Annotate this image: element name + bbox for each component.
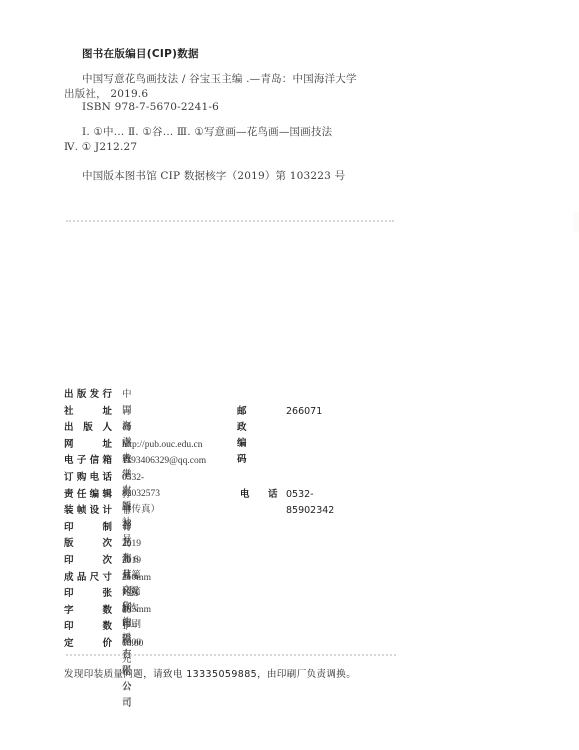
info-label-char: 社 xyxy=(64,404,74,420)
info-label: 装帧设计 xyxy=(64,503,112,519)
info-label-char: 任 xyxy=(77,487,87,503)
info-label: 网址 xyxy=(64,437,112,453)
info-label-char: 出 xyxy=(64,420,74,436)
info-label: 印次 xyxy=(64,553,112,569)
info-label-char: 次 xyxy=(102,536,112,552)
info-label: 社址 xyxy=(64,404,112,420)
info-label-char: 址 xyxy=(102,404,112,420)
info-label-char: 行 xyxy=(102,387,112,403)
info-label: 出版人 xyxy=(64,420,112,436)
info-label: 印数 xyxy=(64,619,112,635)
info-label-char: 箱 xyxy=(102,453,112,469)
info-value: 1193406329@qq.com xyxy=(122,453,206,469)
info-label-char: 址 xyxy=(102,437,112,453)
info-label-char: 印 xyxy=(64,586,74,602)
info-label-char: 发 xyxy=(90,387,100,403)
info-label-char: 信 xyxy=(90,453,100,469)
info-label: 字数 xyxy=(64,603,112,619)
cip-classification-line2: Ⅳ. ① J212.27 xyxy=(64,141,137,153)
cip-record-number: 中国版本图书馆 CIP 数据核字（2019）第 103223 号 xyxy=(82,168,345,183)
info-label-char: 网 xyxy=(64,437,74,453)
quality-notice: 发现印装质量问题，请致电 13335059885，由印刷厂负责调换。 xyxy=(64,666,356,680)
dotted-divider-top xyxy=(66,220,394,222)
info-label-char: 设 xyxy=(90,503,100,519)
cip-heading: 图书在版编目(CIP)数据 xyxy=(82,46,199,61)
info-label: 版次 xyxy=(64,536,112,552)
info-label: 印张 xyxy=(64,586,112,602)
postal-code-label: 邮政编码 xyxy=(237,404,247,468)
info-label-char: 装 xyxy=(64,503,74,519)
info-label-char: 责 xyxy=(64,487,74,503)
postal-code-value: 266071 xyxy=(286,404,322,420)
info-label-char: 印 xyxy=(64,553,74,569)
info-label-char: 子 xyxy=(77,453,87,469)
info-label-char: 编 xyxy=(90,487,100,503)
phone-value: 0532-85902342 xyxy=(286,487,334,519)
info-label-char: 次 xyxy=(102,553,112,569)
info-label-char: 电 xyxy=(64,453,74,469)
info-label-char: 价 xyxy=(102,636,112,652)
dotted-divider-bottom xyxy=(66,654,396,656)
cip-title-line: 中国写意花鸟画技法 / 谷宝玉主编 .—青岛：中国海洋大学 xyxy=(82,71,357,86)
info-label: 印制 xyxy=(64,520,112,536)
info-label-char: 订 xyxy=(64,470,74,486)
info-label-char: 版 xyxy=(77,387,87,403)
info-value: 68.00 元 xyxy=(122,636,143,668)
info-label-char: 版 xyxy=(83,420,93,436)
info-label: 出版发行 xyxy=(64,387,112,403)
phone-label-2: 话 xyxy=(268,487,278,503)
info-label-char: 定 xyxy=(64,636,74,652)
info-label-char: 尺 xyxy=(90,570,100,586)
cip-publisher-line: 出版社， 2019.6 xyxy=(64,86,148,101)
info-label: 定价 xyxy=(64,636,112,652)
info-value: 7.25 xyxy=(122,586,139,602)
info-label-char: 寸 xyxy=(102,570,112,586)
info-label-char: 版 xyxy=(64,536,74,552)
info-label-char: 计 xyxy=(102,503,112,519)
info-label-char: 话 xyxy=(102,470,112,486)
info-label-char: 购 xyxy=(77,470,87,486)
info-label-char: 印 xyxy=(64,520,74,536)
info-label-char: 人 xyxy=(102,420,112,436)
info-label: 订购电话 xyxy=(64,470,112,486)
info-label-char: 张 xyxy=(102,586,112,602)
info-label: 电子信箱 xyxy=(64,453,112,469)
info-value: http://pub.ouc.edu.cn xyxy=(122,437,202,453)
cip-classification-line1: Ⅰ. ①中… Ⅱ. ①谷… Ⅲ. ①写意画—花鸟画—国画技法 xyxy=(82,124,332,139)
cip-isbn: ISBN 978-7-5670-2241-6 xyxy=(82,101,219,113)
phone-label-1: 电 xyxy=(240,487,250,503)
page-edge-shadow xyxy=(573,212,579,232)
info-label-char: 电 xyxy=(90,470,100,486)
info-label-char: 印 xyxy=(64,619,74,635)
info-label-char: 品 xyxy=(77,570,87,586)
info-label-char: 制 xyxy=(102,520,112,536)
info-label-char: 辑 xyxy=(102,487,112,503)
info-label-char: 帧 xyxy=(77,503,87,519)
info-label: 成品尺寸 xyxy=(64,570,112,586)
info-label-char: 数 xyxy=(102,619,112,635)
info-label-char: 出 xyxy=(64,387,74,403)
info-label-char: 数 xyxy=(102,603,112,619)
info-label-char: 成 xyxy=(64,570,74,586)
info-label: 责任编辑 xyxy=(64,487,112,503)
info-label-char: 字 xyxy=(64,603,74,619)
